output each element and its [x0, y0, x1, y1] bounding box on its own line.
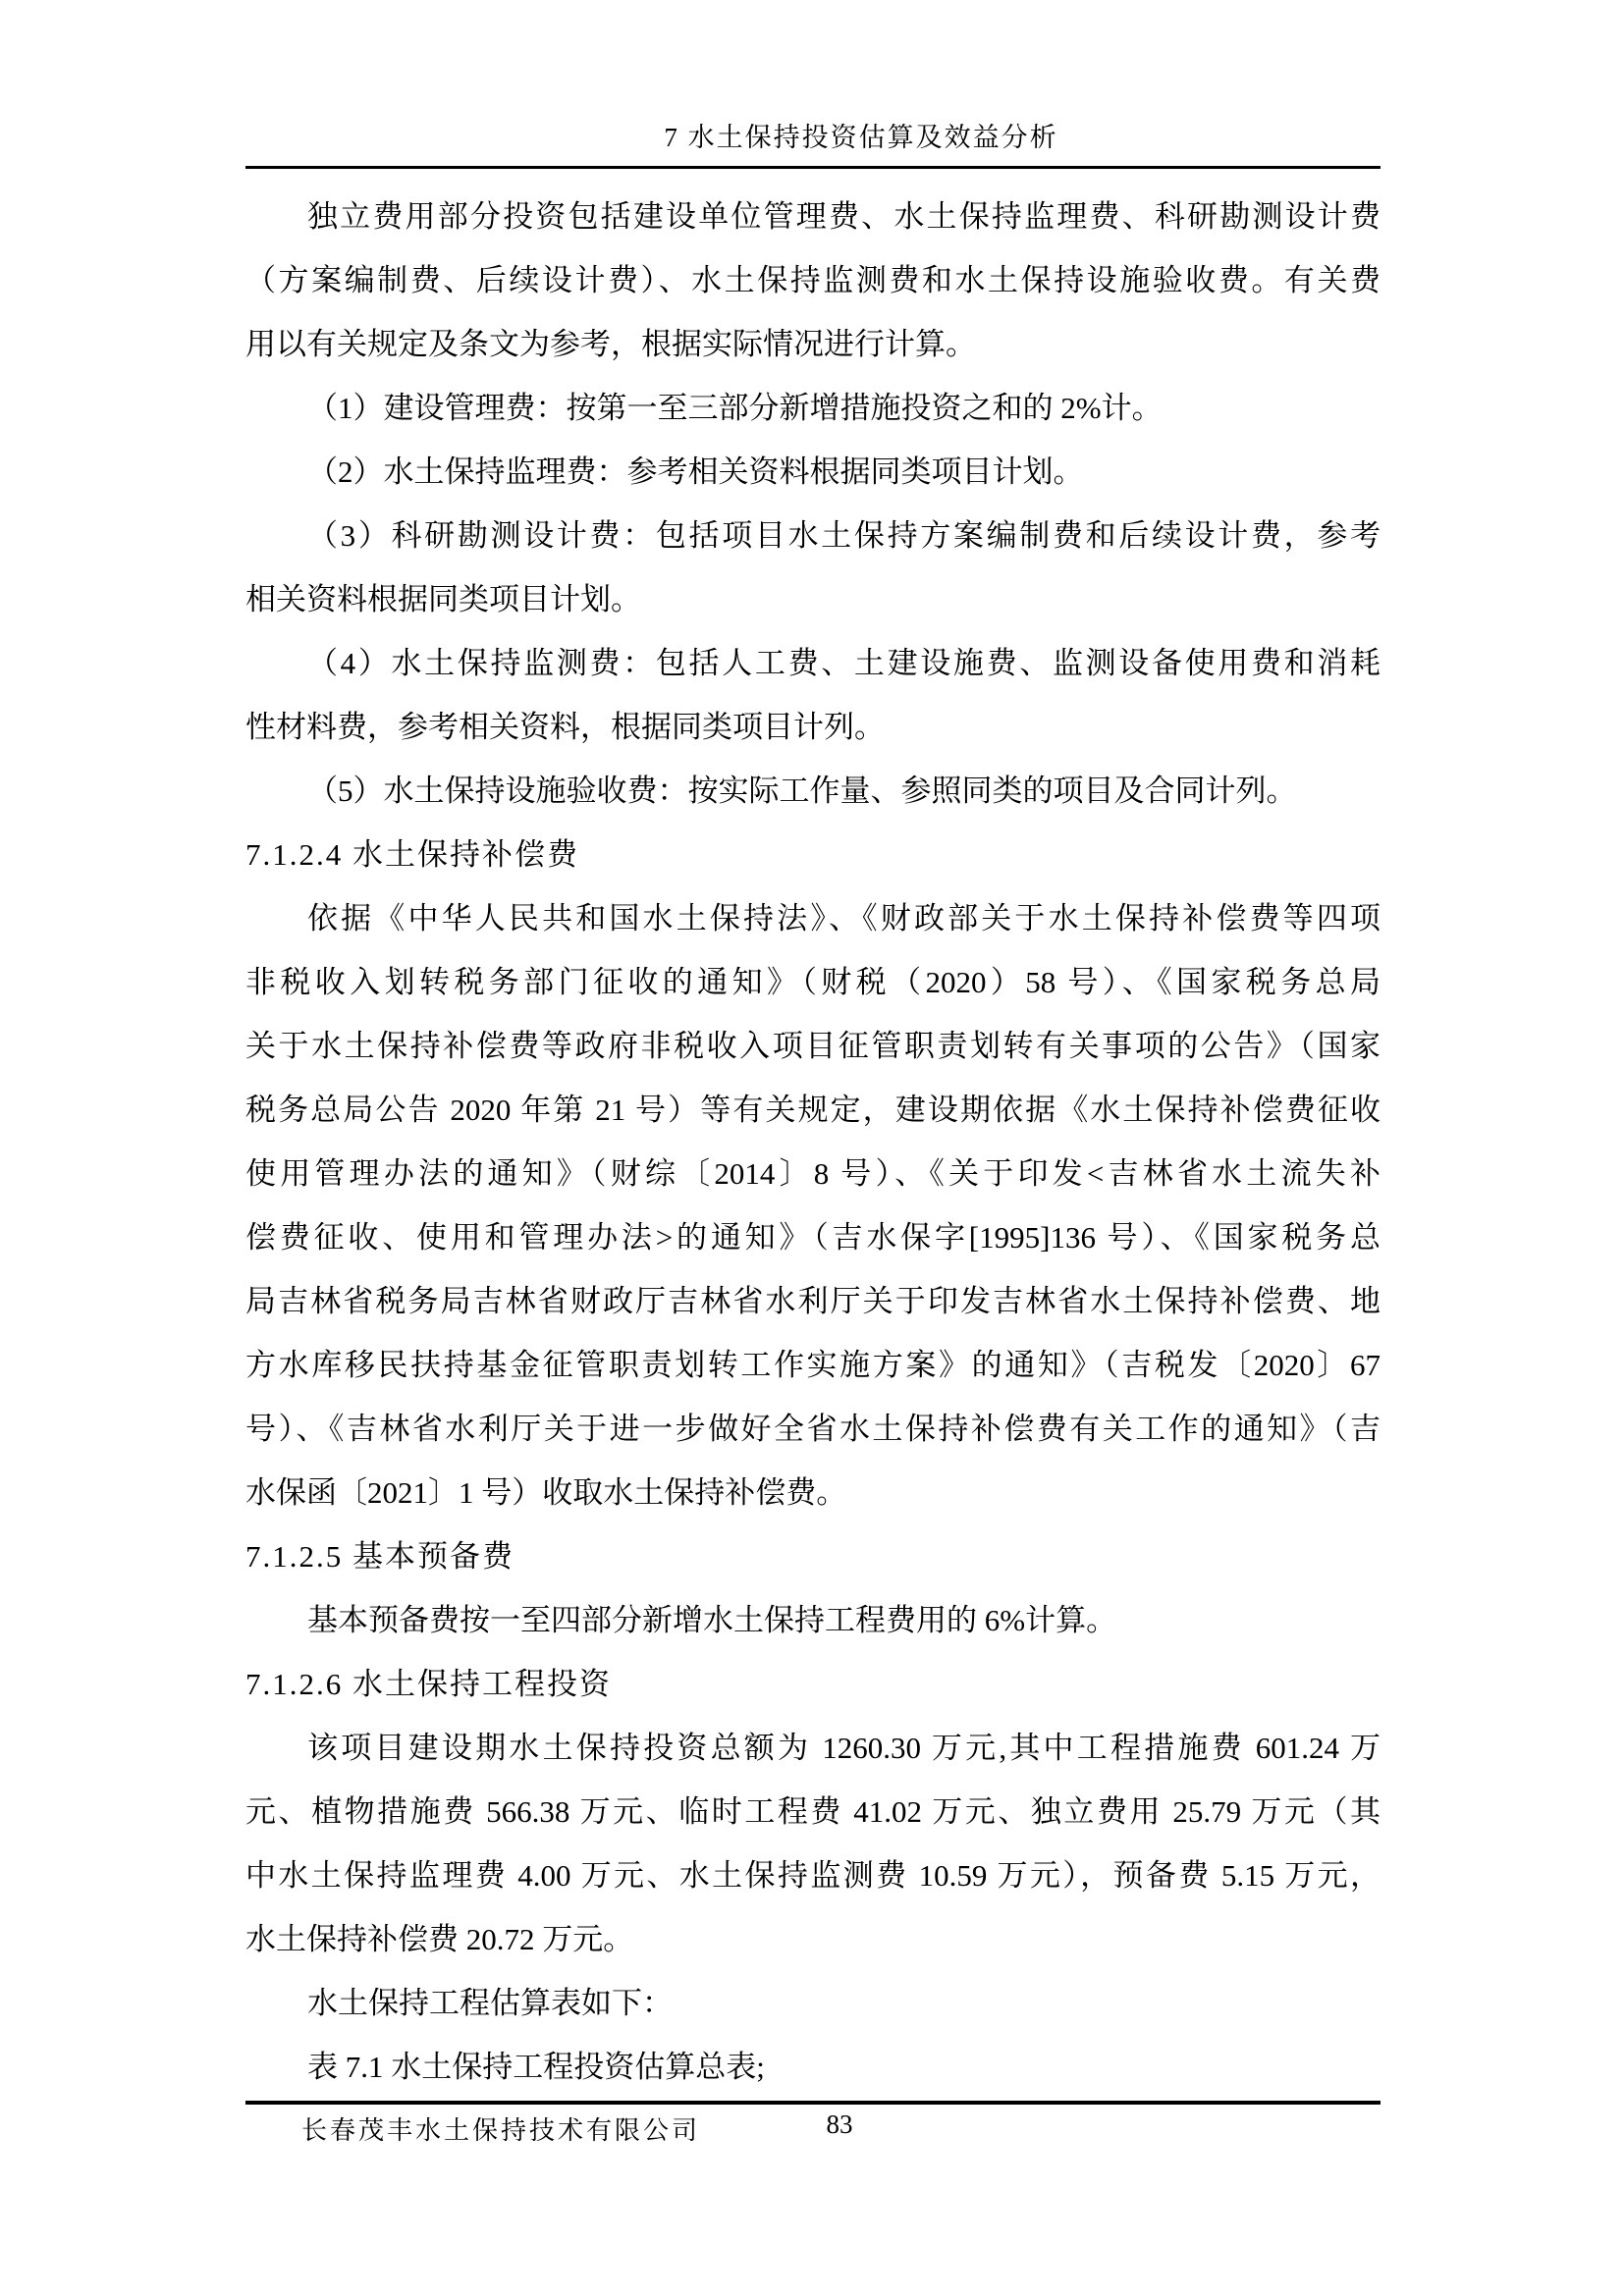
body-line: 独立费用部分投资包括建设单位管理费、水土保持监理费、科研勘测设计费	[245, 185, 1380, 248]
body-line: 表 7.1 水土保持工程投资估算总表;	[245, 2035, 1380, 2099]
body-line: 性材料费，参考相关资料，根据同类项目计列。	[245, 695, 1380, 759]
body-line: 关于水土保持补偿费等政府非税收入项目征管职责划转有关事项的公告》（国家	[245, 1014, 1380, 1078]
body-line: 中水土保持监理费 4.00 万元、水土保持监测费 10.59 万元），预备费 5…	[245, 1843, 1380, 1907]
body-line: 用以有关规定及条文为参考，根据实际情况进行计算。	[245, 312, 1380, 376]
body-line: 局吉林省税务局吉林省财政厅吉林省水利厅关于印发吉林省水土保持补偿费、地	[245, 1269, 1380, 1333]
body-line: 水土保持补偿费 20.72 万元。	[245, 1907, 1380, 1971]
body-line: 水保函〔2021〕1 号）收取水土保持补偿费。	[245, 1461, 1380, 1524]
body-line: 相关资料根据同类项目计划。	[245, 567, 1380, 631]
body-line: 方水库移民扶持基金征管职责划转工作实施方案》的通知》（吉税发〔2020〕67	[245, 1333, 1380, 1397]
body-line: 号）、《吉林省水利厅关于进一步做好全省水土保持补偿费有关工作的通知》（吉	[245, 1397, 1380, 1461]
document-page: 7 水土保持投资估算及效益分析 独立费用部分投资包括建设单位管理费、水土保持监理…	[0, 0, 1624, 2296]
body-line: 偿费征收、使用和管理办法>的通知》（吉水保字[1995]136 号）、《国家税务…	[245, 1205, 1380, 1269]
header-rule	[245, 166, 1380, 169]
body-line: 非税收入划转税务部门征收的通知》（财税（2020）58 号）、《国家税务总局	[245, 950, 1380, 1014]
page-header-title: 7 水土保持投资估算及效益分析	[664, 116, 1057, 154]
footer-rule	[245, 2101, 1380, 2105]
section-heading: 7.1.2.4 水土保持补偿费	[245, 823, 1380, 886]
body-line: 税务总局公告 2020 年第 21 号）等有关规定，建设期依据《水土保持补偿费征…	[245, 1078, 1380, 1142]
body-line: （5）水土保持设施验收费：按实际工作量、参照同类的项目及合同计列。	[245, 759, 1380, 823]
document-body: 独立费用部分投资包括建设单位管理费、水土保持监理费、科研勘测设计费（方案编制费、…	[245, 185, 1380, 2099]
body-line: （4）水土保持监测费：包括人工费、土建设施费、监测设备使用费和消耗	[245, 631, 1380, 695]
body-line: 依据《中华人民共和国水土保持法》、《财政部关于水土保持补偿费等四项	[245, 886, 1380, 950]
body-line: 元、植物措施费 566.38 万元、临时工程费 41.02 万元、独立费用 25…	[245, 1780, 1380, 1843]
body-line: （方案编制费、后续设计费）、水土保持监测费和水土保持设施验收费。有关费	[245, 248, 1380, 312]
body-line: 使用管理办法的通知》（财综〔2014〕8 号）、《关于印发<吉林省水土流失补	[245, 1142, 1380, 1205]
body-line: 基本预备费按一至四部分新增水土保持工程费用的 6%计算。	[245, 1588, 1380, 1652]
body-line: 该项目建设期水土保持投资总额为 1260.30 万元,其中工程措施费 601.2…	[245, 1716, 1380, 1780]
body-line: （2）水土保持监理费：参考相关资料根据同类项目计划。	[245, 440, 1380, 504]
body-line: 水土保持工程估算表如下：	[245, 1971, 1380, 2035]
section-heading: 7.1.2.6 水土保持工程投资	[245, 1652, 1380, 1716]
footer-page-number: 83	[827, 2109, 853, 2140]
footer-company-name: 长春茂丰水土保持技术有限公司	[301, 2110, 700, 2147]
section-heading: 7.1.2.5 基本预备费	[245, 1524, 1380, 1588]
body-line: （3）科研勘测设计费：包括项目水土保持方案编制费和后续设计费，参考	[245, 504, 1380, 567]
body-line: （1）建设管理费：按第一至三部分新增措施投资之和的 2%计。	[245, 376, 1380, 440]
